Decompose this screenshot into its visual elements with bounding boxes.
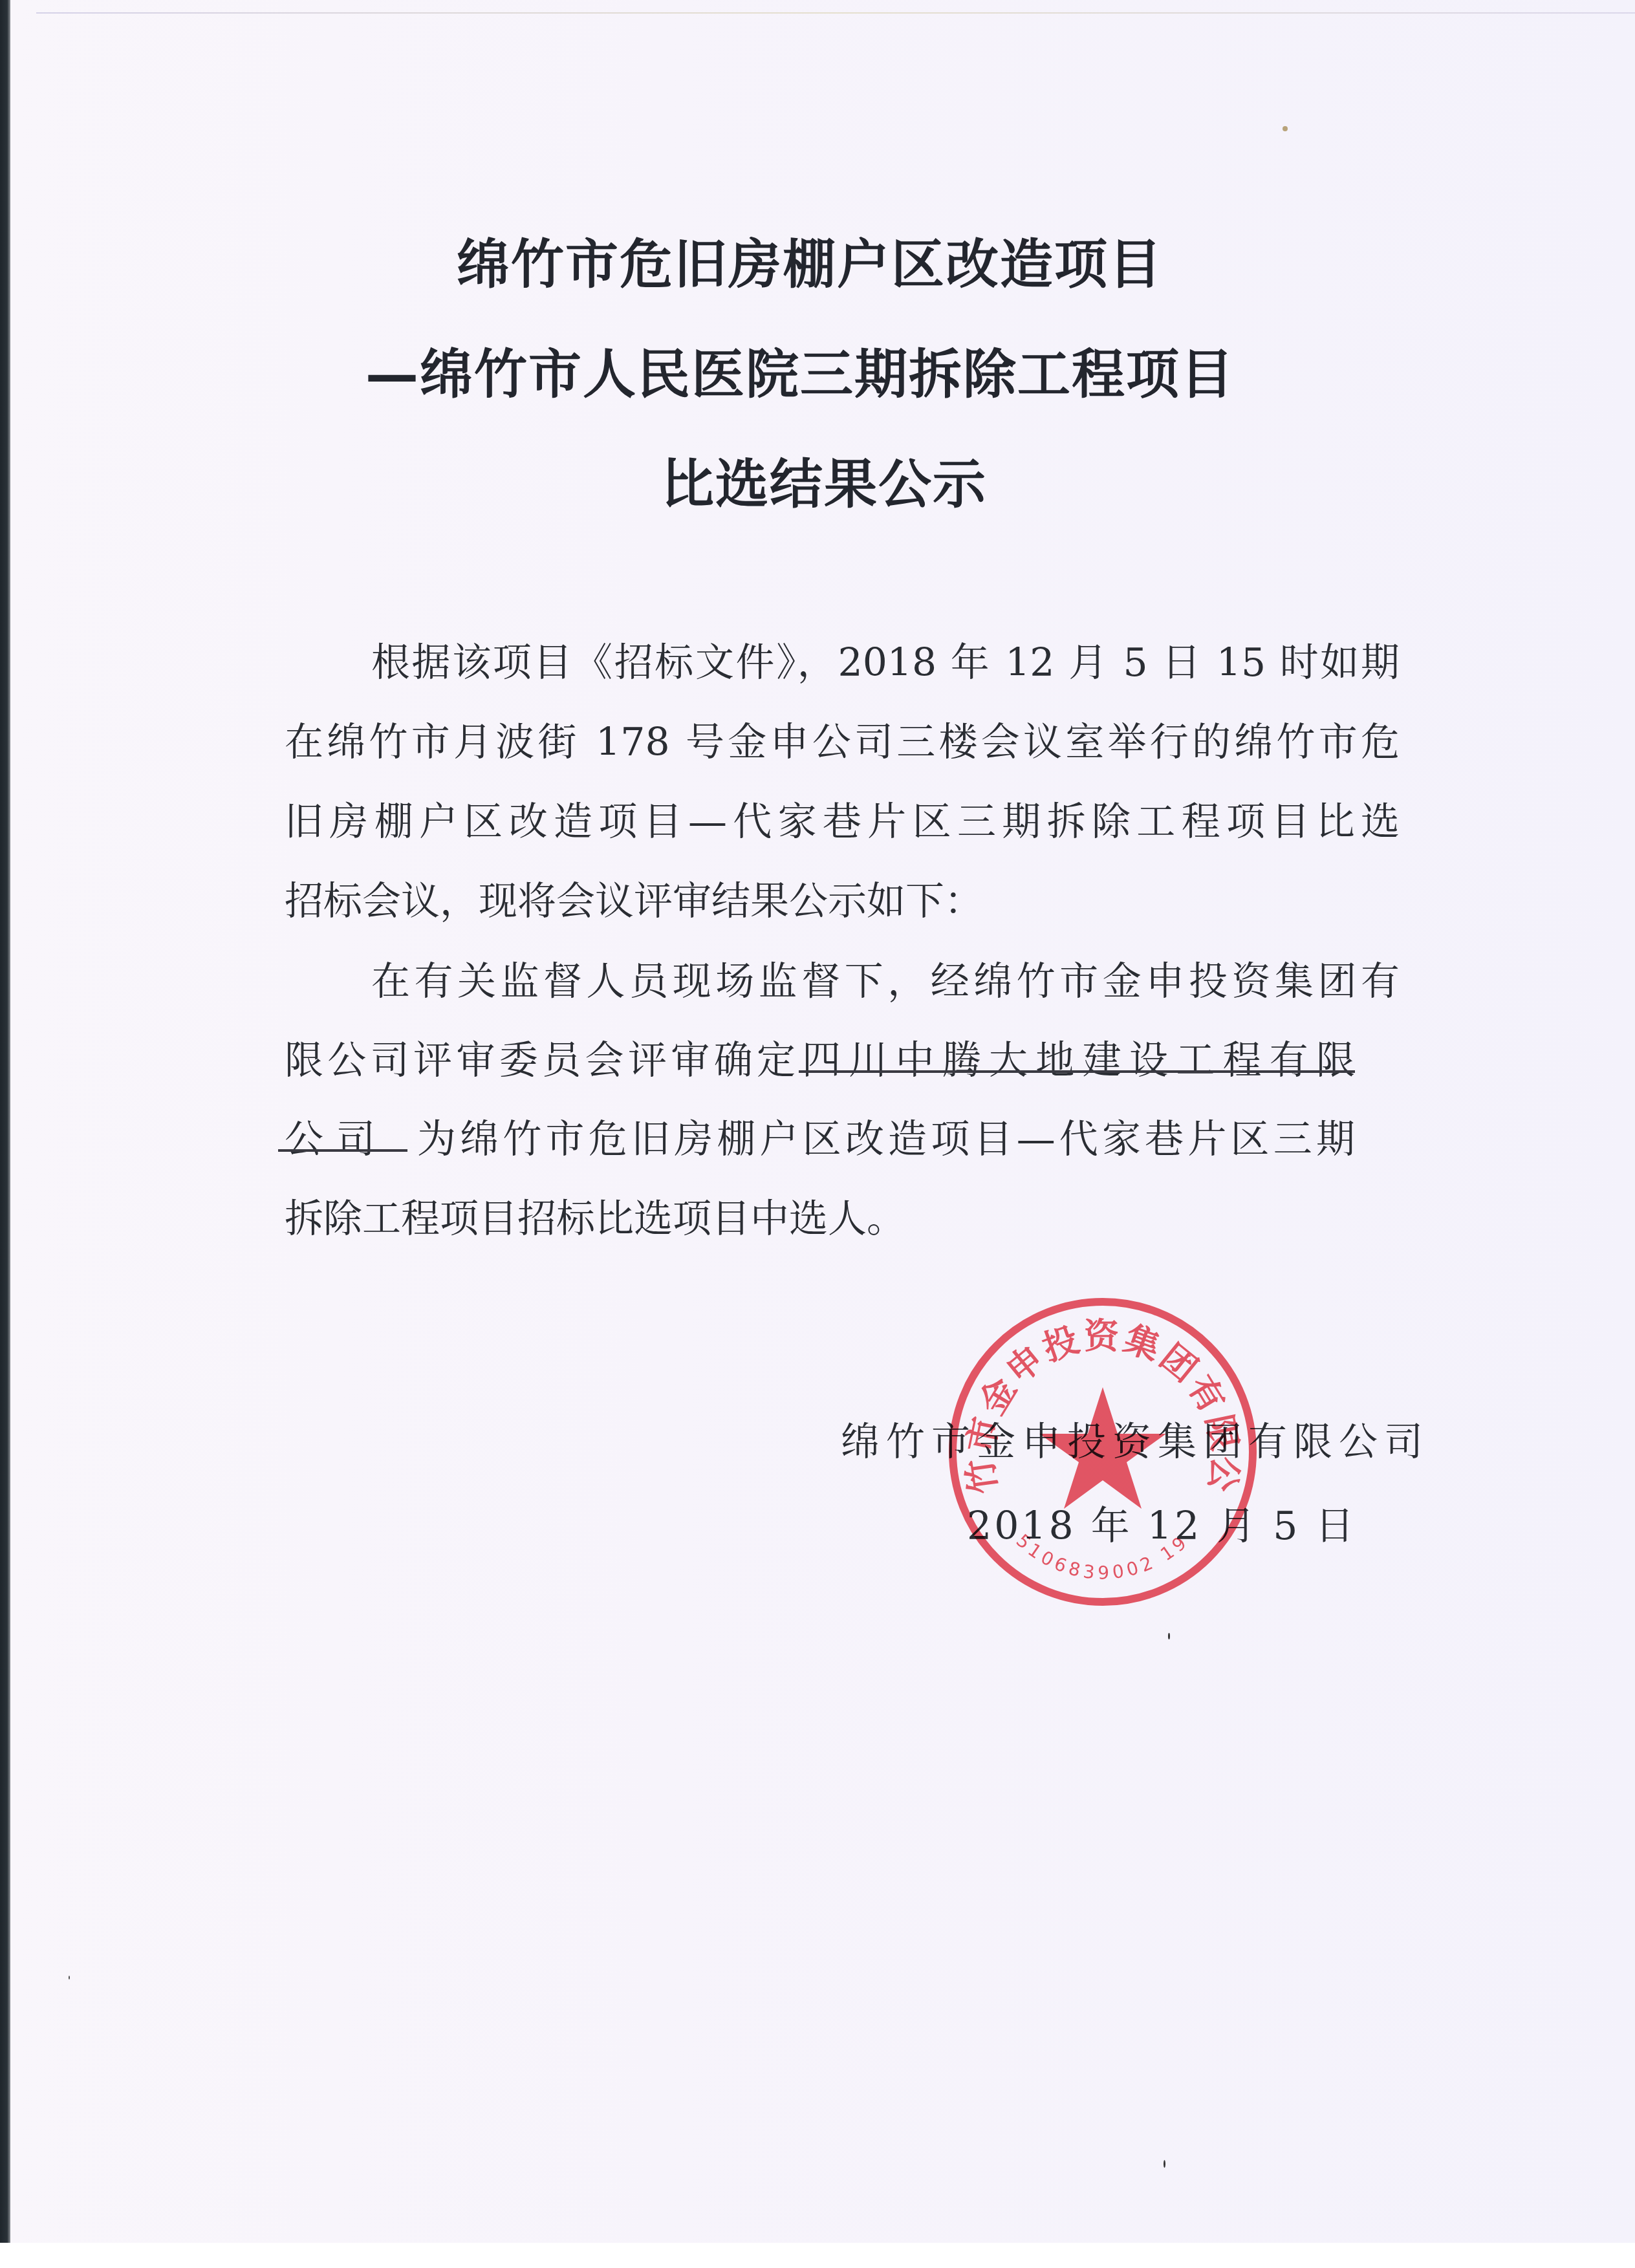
paragraph-2-line-3: 为绵竹市危旧房棚户区改造项目—代家巷片区三期 [417,1114,1355,1165]
star-icon [1039,1387,1166,1509]
paragraph-1-line-3: 旧房棚户区改造项目—代家巷片区三期拆除工程项目比选 [285,796,1400,848]
paragraph-1-line-2: 在绵竹市月波街 178 号金申公司三楼会议室举行的绵竹市危 [285,717,1400,768]
scan-top-rule [36,12,1635,14]
scan-edge-left [0,0,10,2244]
scan-speck [1283,126,1288,131]
svg-text:5106839002 19: 5106839002 19 [1012,1530,1193,1584]
paragraph-2-line-2-prefix: 限公司评审委员会评审确定 [285,1035,796,1086]
winner-underline-1 [799,1070,1355,1073]
scan-speck [69,1976,70,1980]
scan-speck [1164,2160,1165,2168]
winner-underline-2 [278,1149,407,1152]
paragraph-2-line-4: 拆除工程项目招标比选项目中选人。 [285,1193,996,1245]
title-line-1: 绵竹市危旧房棚户区改造项目 [457,233,1163,297]
paragraph-1-line-4: 招标会议，现将会议评审结果公示如下： [285,876,1061,927]
scan-speck [1168,1633,1170,1639]
title-line-3: 比选结果公示 [661,453,987,517]
paragraph-1-line-1: 根据该项目《招标文件》，2018 年 12 月 5 日 15 时如期 [371,637,1400,689]
title-line-2: —绵竹市人民医院三期拆除工程项目 [365,343,1235,407]
paragraph-2-line-1: 在有关监督人员现场监督下，经绵竹市金申投资集团有 [371,956,1400,1008]
winner-name-part-1: 四川中腾大地建设工程有限 [802,1035,1355,1086]
winner-name-part-2: 公司 [285,1114,375,1165]
official-seal-icon: 绵竹市金申投资集团有限公司 5106839002 19 [941,1290,1264,1614]
seal-code: 5106839002 19 [1012,1530,1193,1584]
scan-bottom-margin [0,2243,1635,2268]
